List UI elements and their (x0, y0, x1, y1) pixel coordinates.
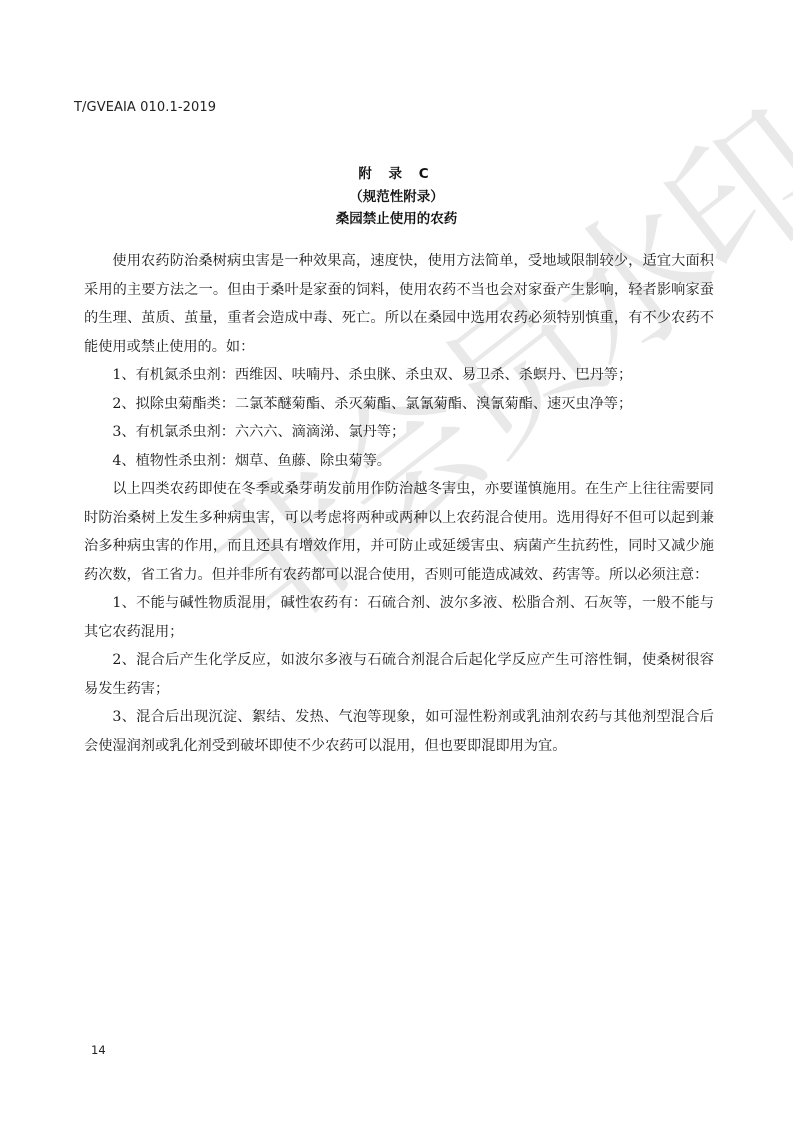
page-number: 14 (91, 1043, 106, 1057)
body-text: 使用农药防治桑树病虫害是一种效果高，速度快，使用方法简单，受地域限制较少，适宜大… (84, 247, 714, 760)
list-item: 4、植物性杀虫剂：烟草、鱼藤、除虫菊等。 (84, 447, 714, 476)
appendix-nature: （规范性附录） (0, 185, 793, 205)
intro-paragraph: 使用农药防治桑树病虫害是一种效果高，速度快，使用方法简单，受地域限制较少，适宜大… (84, 247, 714, 361)
standard-code: T/GVEAIA 010.1-2019 (74, 100, 216, 115)
note-item: 2、混合后产生化学反应，如波尔多液与石硫合剂混合后起化学反应产生可溶性铜，使桑树… (84, 646, 714, 703)
list-item: 1、有机氮杀虫剂：西维因、呋喃丹、杀虫脒、杀虫双、易卫杀、杀螟丹、巴丹等； (84, 361, 714, 390)
note-item: 1、不能与碱性物质混用，碱性农药有：石硫合剂、波尔多液、松脂合剂、石灰等，一般不… (84, 589, 714, 646)
list-item: 3、有机氯杀虫剂：六六六、滴滴涕、氯丹等； (84, 418, 714, 447)
appendix-label: 附 录 C (0, 162, 793, 182)
appendix-title: 桑园禁止使用的农药 (0, 207, 793, 227)
note-item: 3、混合后出现沉淀、絮结、发热、气泡等现象，如可湿性粉剂或乳油剂农药与其他剂型混… (84, 703, 714, 760)
list-item: 2、拟除虫菊酯类：二氯苯醚菊酯、杀灭菊酯、氯氰菊酯、溴氰菊酯、速灭虫净等； (84, 390, 714, 419)
mixing-paragraph: 以上四类农药即使在冬季或桑芽萌发前用作防治越冬害虫，亦要谨慎施用。在生产上往往需… (84, 475, 714, 589)
